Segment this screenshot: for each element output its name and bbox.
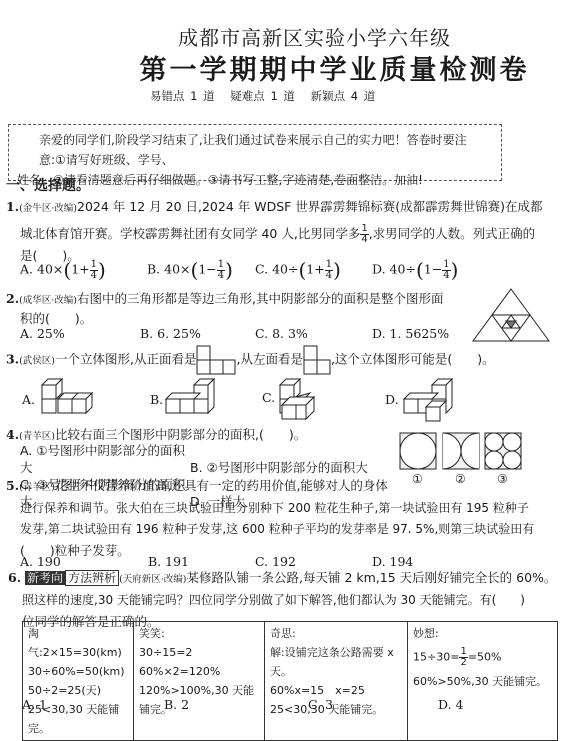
question-number: 6. [8,570,21,585]
question-number: 4. [6,427,19,442]
question-number: 2. [6,291,19,306]
instructions-box: 亲爱的同学们,阶段学习结束了,让我们通过试卷来展示自己的实力吧！答卷时要注意:①… [8,124,502,181]
question-text: 比较右面三个图形中阴影部分的面积,( )。 [55,427,306,442]
left-view-icon [303,345,331,375]
question-source: (天府新区·改编) [119,574,186,585]
cube-figure-d [402,377,462,422]
question-text: 照这样的速度,30 天能铺完吗？四位同学分别做了如下解答,他们都认为 30 天能… [8,590,568,611]
question-text: 一个立体图形,从正面看是 [55,352,196,367]
option-b[interactable]: B. 2 [164,697,189,712]
fraction: 14 [360,224,368,245]
solutions-table: 淘气:2×15=30(km)30÷60%=50(km)50÷2=25(天)25<… [22,621,558,741]
question-source: (青羊区) [19,431,55,442]
option-b[interactable]: B. 40×(1−14) [147,258,233,282]
solution-taoqi: 淘气:2×15=30(km)30÷60%=50(km)50÷2=25(天)25<… [23,622,134,741]
solution-miaoxiang: 妙想: 15÷30=12=50% 60%>50%,30 天能铺完。 [408,622,558,741]
option-c[interactable]: C. 40÷(1+14) [255,258,341,282]
question-text: 右图中的三角形都是等边三角形,其中阴影部分的面积是整个图形面 [77,291,443,306]
section-heading: 一、选择题。 [6,175,90,195]
option-d[interactable]: D. 1. 5625% [372,326,449,341]
question-text: 花生不仅营养价值高,还具有一定的药用价值,能够对人的身体 [55,478,388,493]
question-source: (青羊区) [19,482,55,493]
method-analysis-badge: 方法辨析 [65,570,119,586]
option-a[interactable]: A. 25% [20,326,65,341]
new-direction-badge: 新考向 [25,571,65,585]
question-5: 5.(青羊区)花生不仅营养价值高,还具有一定的药用价值,能够对人的身体 进行保养… [6,475,566,561]
option-a[interactable]: A. 40×(1+14) [20,258,106,282]
option-c[interactable]: C. [262,390,275,405]
question-text: 进行保养和调节。张大伯在三块试验田里分别种下 200 粒花生种子,第一块试验田有… [6,498,566,519]
solution-xiaoxiao: 笑笑:30÷15=260%×2=120%120%>100%,30 天能铺完。 [134,622,265,741]
option-c[interactable]: C. 3 [308,697,333,712]
question-2: 2.(成华区·改编)右图中的三角形都是等边三角形,其中阴影部分的面积是整个图形面… [6,288,466,330]
shaded-area-figures [398,432,558,470]
solution-qisi: 奇思:解:设铺完这条公路需要 x 天。60%x=15 x=2525<30,30 … [265,622,408,741]
option-d[interactable]: D. 40÷(1−14) [372,258,458,282]
question-number: 3. [6,352,19,367]
option-b[interactable]: B. 6. 25% [140,326,201,341]
option-a[interactable]: A. 1 [22,697,47,712]
option-d[interactable]: D. [385,392,399,407]
question-source: (武侯区) [19,356,55,367]
question-text: 2024 年 12 月 20 日,2024 年 WDSF 世界霹雳舞锦标赛(成都… [77,199,543,214]
question-number: 5. [6,478,19,493]
exam-stats: 易错点 1 道 疑难点 1 道 新颖点 4 道 [150,88,385,104]
stat-error-prone: 易错点 1 道 [150,89,215,103]
question-1: 1.(金牛区·改编)2024 年 12 月 20 日,2024 年 WDSF 世… [6,196,561,267]
front-view-icon [196,345,236,375]
exam-subtitle: 成都市高新区实验小学六年级 [0,22,569,51]
option-d[interactable]: D. 4 [438,697,463,712]
exam-title: 第一学期期中学业质量检测卷 [0,48,569,87]
question-text: ,从左面看是 [236,352,302,367]
question-text: 城北体育馆开赛。学校霹雳舞社团有女同学 40 人,比男同学多 [20,226,360,241]
option-a[interactable]: A. [22,392,35,407]
cube-figure-b [162,377,222,422]
stat-novel: 新颖点 4 道 [311,89,376,103]
question-source: (金牛区·改编) [19,203,77,214]
question-text: ,求男同学的人数。列式正确的 [369,226,535,241]
nested-triangles-figure [470,287,552,343]
option-b[interactable]: B. ②号图形中阴影部分的面积大 [190,460,368,475]
stat-difficult: 疑难点 1 道 [230,89,295,103]
option-c[interactable]: C. 8. 3% [255,326,308,341]
question-text: 发芽,第二块试验田有 196 粒种子发芽,这 600 粒种子平均的发芽率是 97… [6,519,566,540]
question-text: ,这个立体图形可能是( )。 [331,352,495,367]
cube-figure-c [276,377,326,422]
option-a[interactable]: A. ①号图形中阴影部分的面积大 [20,442,190,476]
question-text: 某修路队铺一条公路,每天铺 2 km,15 天后刚好铺完全长的 60%。 [187,570,557,585]
instructions-line-1: 亲爱的同学们,阶段学习结束了,让我们通过试卷来展示自己的实力吧！答卷时要注意:①… [17,130,493,170]
question-3: 3.(武侯区)一个立体图形,从正面看是,从左面看是,这个立体图形可能是( )。 [6,345,561,375]
question-number: 1. [6,199,19,214]
cube-figure-a [38,377,98,422]
question-source: (成华区·改编) [19,295,77,306]
